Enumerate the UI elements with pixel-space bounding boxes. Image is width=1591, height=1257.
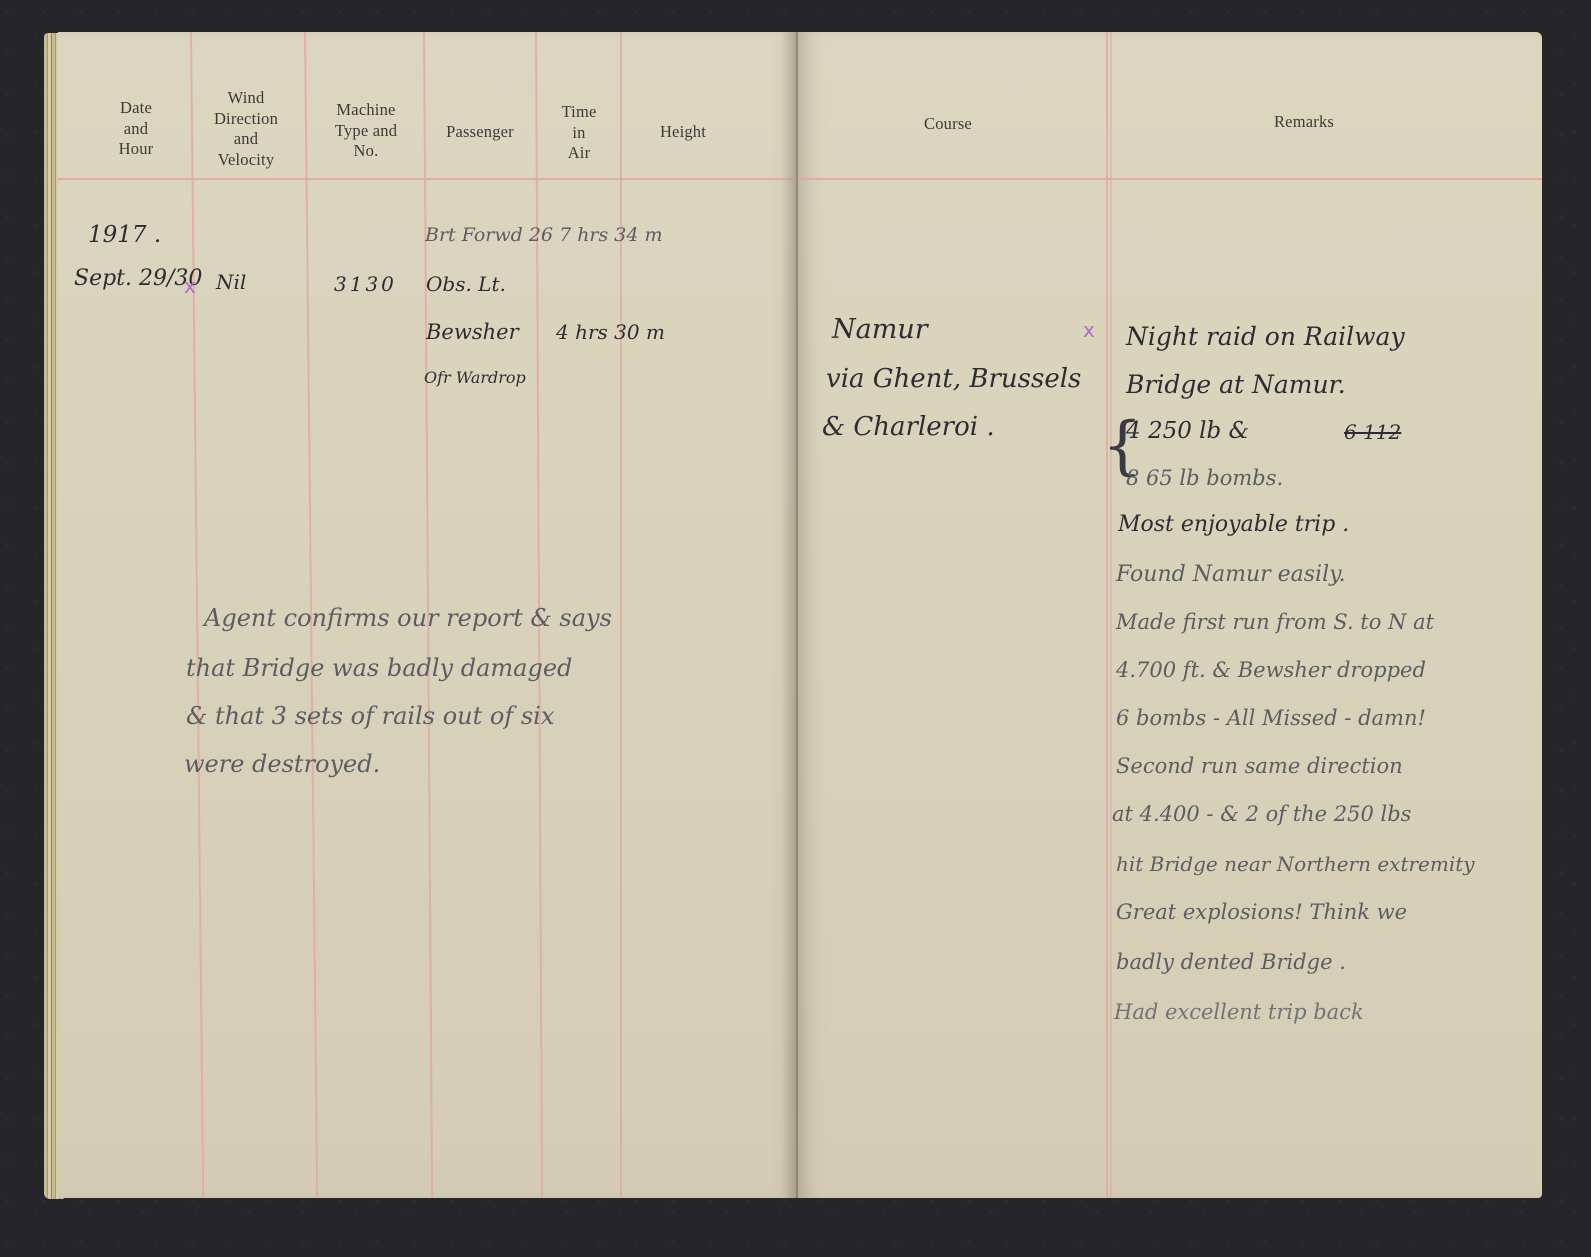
header-machine: Machine Type and No. <box>310 100 422 162</box>
logbook: Date and Hour Wind Direction and Velocit… <box>44 28 1540 1206</box>
header-line: Velocity <box>196 150 296 171</box>
brought-forward: Brt Forwd 26 7 hrs 34 m <box>425 224 663 246</box>
column-rule <box>620 32 622 1198</box>
note-line: & that 3 sets of rails out of six <box>186 702 554 730</box>
header-time-in-air: Time in Air <box>538 102 620 164</box>
header-date-hour: Date and Hour <box>96 98 176 160</box>
passenger-line: Obs. Lt. <box>426 272 506 296</box>
header-line: Hour <box>96 139 176 160</box>
right-page: Course Remarks Namur via Ghent, Brussels… <box>798 32 1542 1198</box>
header-line: Type and <box>310 121 422 142</box>
remarks-line: hit Bridge near Northern extremity <box>1116 852 1475 876</box>
course-line: Namur <box>832 314 928 345</box>
header-wind: Wind Direction and Velocity <box>196 88 296 170</box>
header-line: Time <box>538 102 620 123</box>
remarks-line: badly dented Bridge . <box>1116 950 1346 974</box>
course-line: via Ghent, Brussels <box>826 364 1081 394</box>
remarks-line: Found Namur easily. <box>1116 562 1346 587</box>
remarks-line: at 4.400 - & 2 of the 250 lbs <box>1112 802 1411 826</box>
header-line: No. <box>310 141 422 162</box>
remarks-line: 6 bombs - All Missed - damn! <box>1116 706 1426 730</box>
entry-wind: Nil <box>216 270 246 294</box>
header-line: Direction <box>196 109 296 130</box>
remarks-line: Most enjoyable trip . <box>1118 512 1349 537</box>
remarks-line: 8 65 lb bombs. <box>1126 466 1283 490</box>
remarks-line: Made first run from S. to N at <box>1116 610 1434 634</box>
check-mark-icon: x <box>184 274 196 298</box>
remarks-line: 4 250 lb & <box>1126 418 1249 444</box>
header-remarks: Remarks <box>1114 112 1494 133</box>
remarks-line: 4.700 ft. & Bewsher dropped <box>1116 658 1426 682</box>
note-line: were destroyed. <box>184 750 380 778</box>
entry-year: 1917 . <box>88 222 161 248</box>
header-height: Height <box>623 122 743 143</box>
header-line: and <box>96 119 176 140</box>
column-rule <box>190 32 204 1198</box>
header-rule <box>798 178 1542 180</box>
remarks-line: Had excellent trip back <box>1114 1000 1364 1024</box>
left-page: Date and Hour Wind Direction and Velocit… <box>58 32 798 1198</box>
column-rule <box>1110 32 1112 1198</box>
column-rule <box>1106 32 1108 1198</box>
remarks-line: Great explosions! Think we <box>1116 900 1407 924</box>
header-rule <box>58 178 798 180</box>
check-mark-icon: x <box>1083 318 1095 342</box>
struck-out-text: 6 112 <box>1344 420 1401 444</box>
header-passenger: Passenger <box>426 122 534 143</box>
remarks-line: Night raid on Railway <box>1126 322 1405 351</box>
remarks-line: Second run same direction <box>1116 754 1403 778</box>
header-line: Machine <box>310 100 422 121</box>
passenger-line: Bewsher <box>426 320 519 344</box>
header-line: Air <box>538 143 620 164</box>
header-line: in <box>538 123 620 144</box>
remarks-line: Bridge at Namur. <box>1126 370 1346 399</box>
note-line: that Bridge was badly damaged <box>186 654 572 682</box>
header-line: and <box>196 129 296 150</box>
note-line: Agent confirms our report & says <box>204 604 612 632</box>
header-line: Wind <box>196 88 296 109</box>
header-course: Course <box>798 114 1098 135</box>
header-line: Date <box>96 98 176 119</box>
entry-time-in-air: 4 hrs 30 m <box>556 320 665 344</box>
entry-machine-no: 3130 <box>334 272 397 296</box>
course-line: & Charleroi . <box>822 412 995 442</box>
passenger-line: Ofr Wardrop <box>424 368 526 387</box>
